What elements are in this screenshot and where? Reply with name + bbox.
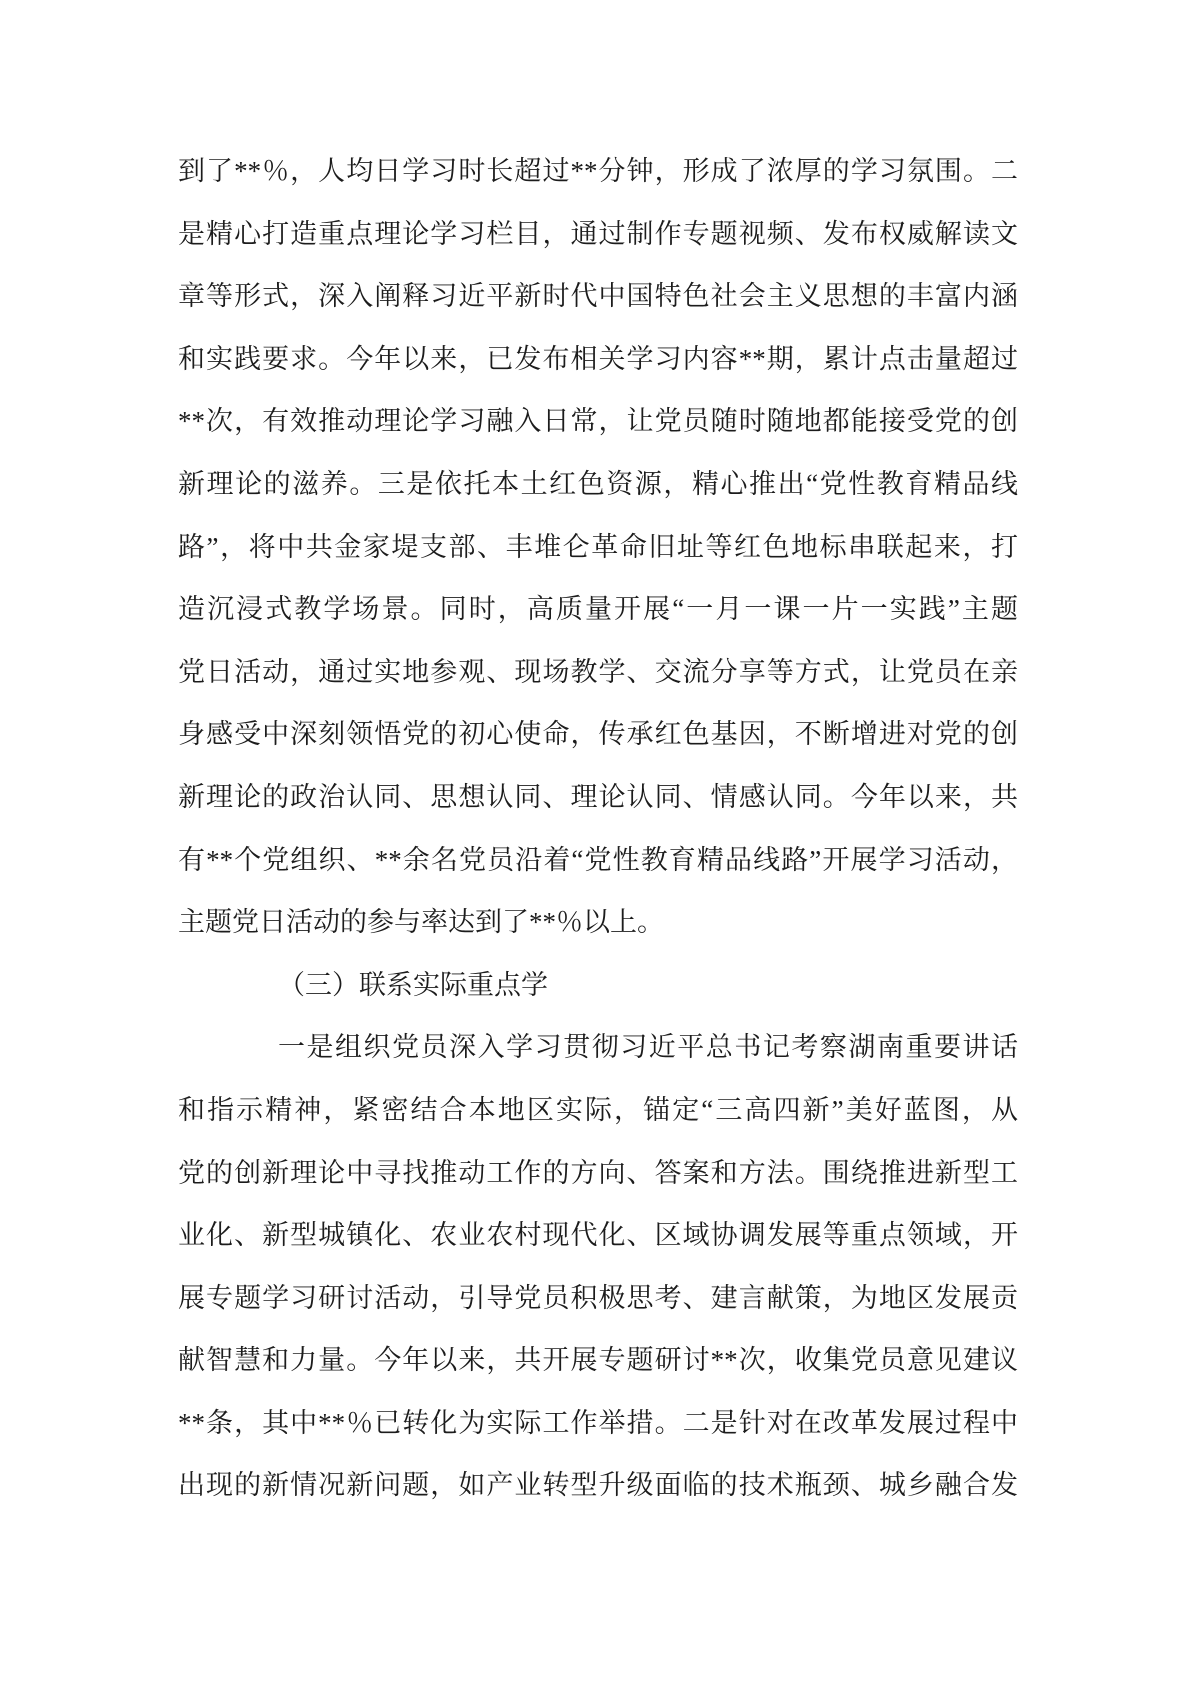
text-line: **次，有效推动理论学习融入日常，让党员随时随地都能接受党的创 (178, 390, 1018, 453)
text-line: 路”，将中共金家堤支部、丰堆仑革命旧址等红色地标串联起来，打 (178, 516, 1018, 579)
text-line: **条，其中**％已转化为实际工作举措。二是针对在改革发展过程中 (178, 1392, 1018, 1455)
text-line: 到了**％，人均日学习时长超过**分钟，形成了浓厚的学习氛围。二 (178, 140, 1018, 203)
page: { "page": { "background_color": "#ffffff… (0, 0, 1190, 1683)
text-line: 党的创新理论中寻找推动工作的方向、答案和方法。围绕推进新型工 (178, 1142, 1018, 1205)
document-body: 到了**％，人均日学习时长超过**分钟，形成了浓厚的学习氛围。二是精心打造重点理… (178, 140, 1018, 1517)
document-page: 到了**％，人均日学习时长超过**分钟，形成了浓厚的学习氛围。二是精心打造重点理… (0, 0, 1190, 1683)
text-line: 和实践要求。今年以来，已发布相关学习内容**期，累计点击量超过 (178, 328, 1018, 391)
text-line: 一是组织党员深入学习贯彻习近平总书记考察湖南重要讲话 (178, 1016, 1018, 1079)
text-line: 献智慧和力量。今年以来，共开展专题研讨**次，收集党员意见建议 (178, 1329, 1018, 1392)
text-line: 业化、新型城镇化、农业农村现代化、区域协调发展等重点领域，开 (178, 1204, 1018, 1267)
text-line: 新理论的政治认同、思想认同、理论认同、情感认同。今年以来，共 (178, 766, 1018, 829)
text-line: 章等形式，深入阐释习近平新时代中国特色社会主义思想的丰富内涵 (178, 265, 1018, 328)
text-line: 新理论的滋养。三是依托本土红色资源，精心推出“党性教育精品线 (178, 453, 1018, 516)
text-line: 和指示精神，紧密结合本地区实际，锚定“三高四新”美好蓝图，从 (178, 1079, 1018, 1142)
text-line: 造沉浸式教学场景。同时，高质量开展“一月一课一片一实践”主题 (178, 578, 1018, 641)
text-line: 是精心打造重点理论学习栏目，通过制作专题视频、发布权威解读文 (178, 203, 1018, 266)
text-line: 展专题学习研讨活动，引导党员积极思考、建言献策，为地区发展贡 (178, 1267, 1018, 1330)
text-line: 有**个党组织、**余名党员沿着“党性教育精品线路”开展学习活动， (178, 829, 1018, 892)
text-line: 主题党日活动的参与率达到了**％以上。 (178, 891, 1018, 954)
section-heading: （三）联系实际重点学 (178, 954, 1018, 1017)
text-line: 党日活动，通过实地参观、现场教学、交流分享等方式，让党员在亲 (178, 641, 1018, 704)
text-line: 身感受中深刻领悟党的初心使命，传承红色基因，不断增进对党的创 (178, 703, 1018, 766)
text-line: 出现的新情况新问题，如产业转型升级面临的技术瓶颈、城乡融合发 (178, 1454, 1018, 1517)
